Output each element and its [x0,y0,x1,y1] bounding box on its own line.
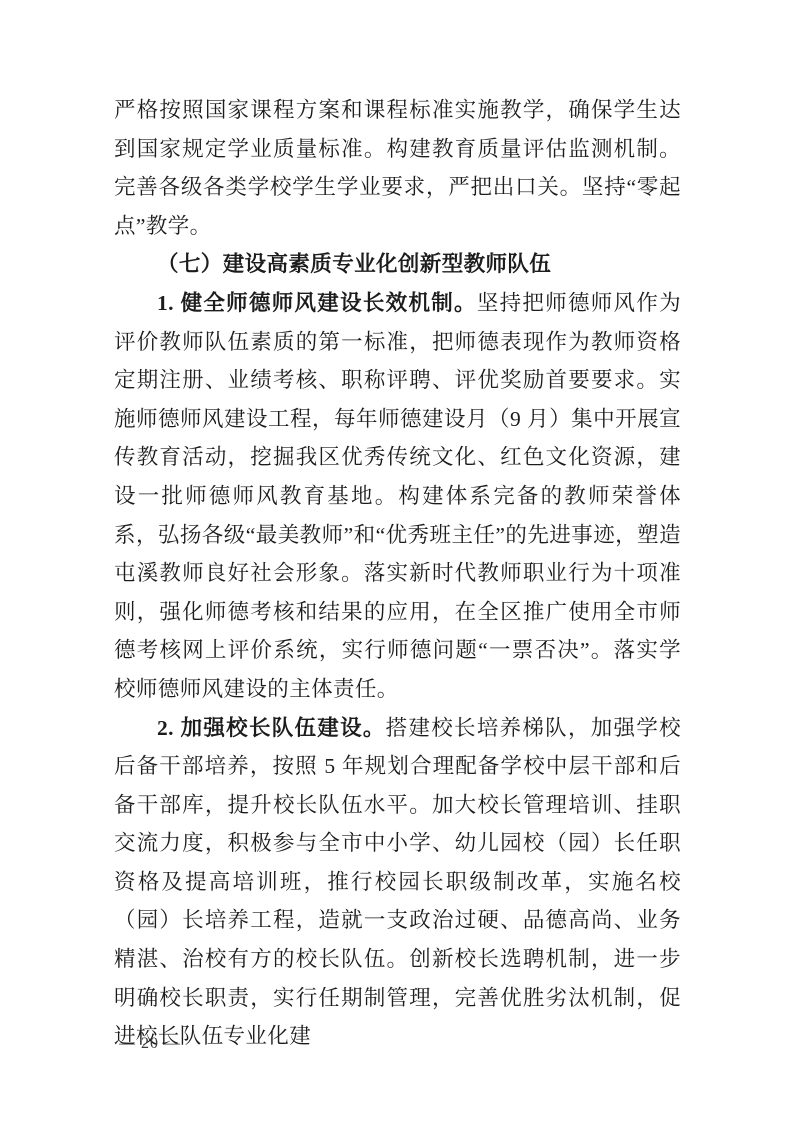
page-body: 严格按照国家课程方案和课程标准实施教学，确保学生达到国家规定学业质量标准。构建教… [114,91,681,1056]
paragraph-continued: 严格按照国家课程方案和课程标准实施教学，确保学生达到国家规定学业质量标准。构建教… [114,91,681,245]
numbered-paragraph-2-lead: 2. 加强校长队伍建设。 [157,716,386,740]
numbered-paragraph-1: 1. 健全师德师风建设长效机制。坚持把师德师风作为评价教师队伍素质的第一标准，把… [114,284,681,709]
document-page: 严格按照国家课程方案和课程标准实施教学，确保学生达到国家规定学业质量标准。构建教… [0,0,793,1122]
numbered-paragraph-2-text: 搭建校长培养梯队，加强学校后备干部培养，按照 5 年规划合理配备学校中层干部和后… [114,716,681,1049]
numbered-paragraph-2: 2. 加强校长队伍建设。搭建校长培养梯队，加强学校后备干部培养，按照 5 年规划… [114,709,681,1056]
numbered-paragraph-1-lead: 1. 健全师德师风建设长效机制。 [157,291,477,315]
page-number: — 20 — [119,1035,181,1053]
section-heading: （七）建设高素质专业化创新型教师队伍 [114,245,681,284]
numbered-paragraph-1-text: 坚持把师德师风作为评价教师队伍素质的第一标准，把师德表现作为教师资格定期注册、业… [114,291,681,701]
